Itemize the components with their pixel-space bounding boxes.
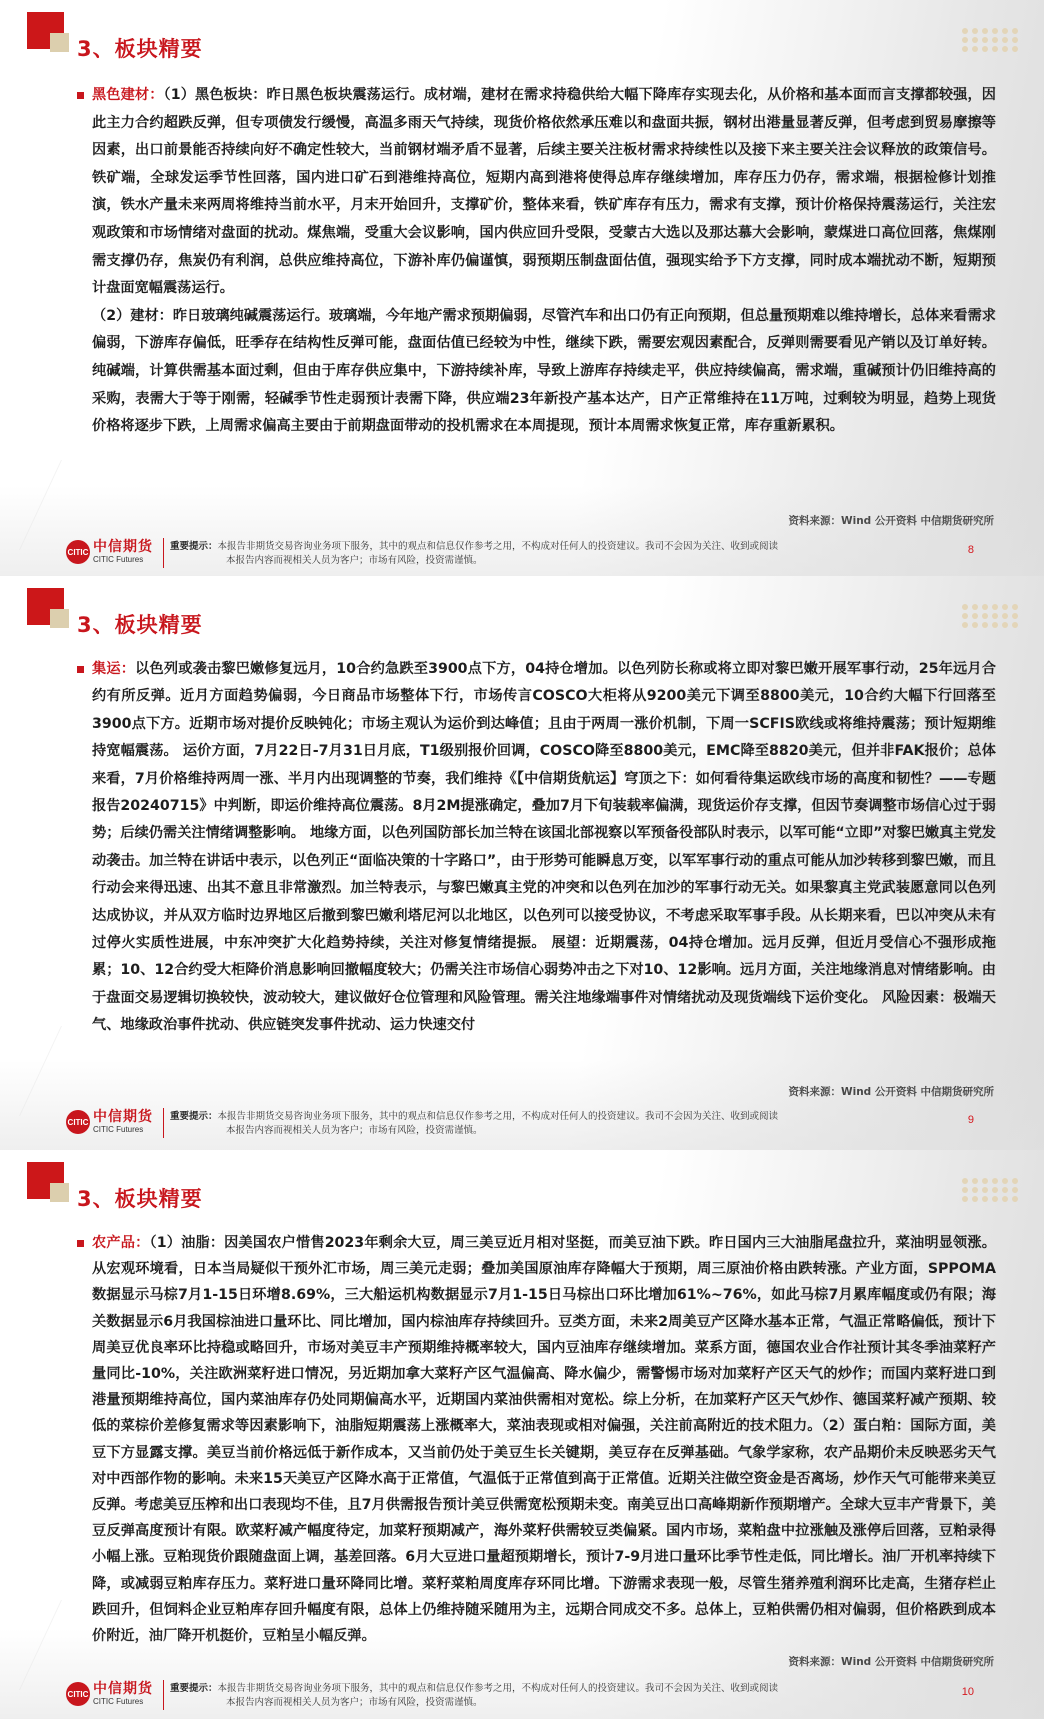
slide-title: 3、板块精要 bbox=[77, 33, 203, 63]
corner-beige-square-decoration bbox=[50, 33, 69, 52]
slide-footer: CITIC 中信期货 CITIC Futures 重要提示：本报告非期货交易咨询… bbox=[66, 1108, 1004, 1148]
page-number: 8 bbox=[968, 544, 974, 556]
paragraph-text: 以色列或袭击黎巴嫩修复远月，10合约急跌至3900点下方，04持仓增加。以色列防… bbox=[92, 661, 996, 1033]
logo-chinese-name: 中信期货 bbox=[93, 1682, 153, 1696]
slide-title: 3、板块精要 bbox=[77, 609, 203, 639]
section-label: 集运 bbox=[92, 661, 121, 677]
paragraph: （2）建材：昨日玻璃纯碱震荡运行。玻璃端，今年地产需求预期偏弱，尽管汽车和出口仍… bbox=[92, 303, 996, 441]
data-source-note: 资料来源：Wind 公开资料 中信期货研究所 bbox=[789, 1084, 994, 1099]
disclaimer-label: 重要提示： bbox=[170, 1683, 218, 1694]
section-label: 农产品 bbox=[92, 1235, 135, 1251]
dot-grid-decoration-icon bbox=[962, 28, 1018, 54]
dot-grid-decoration-icon bbox=[962, 604, 1018, 630]
disclaimer: 重要提示：本报告非期货交易咨询业务项下服务，其中的观点和信息仅作参考之用，不构成… bbox=[170, 1110, 778, 1138]
slide-footer: CITIC 中信期货 CITIC Futures 重要提示：本报告非期货交易咨询… bbox=[66, 1680, 1004, 1719]
slide-footer: CITIC 中信期货 CITIC Futures 重要提示：本报告非期货交易咨询… bbox=[66, 538, 1004, 576]
square-bullet-icon bbox=[77, 92, 84, 99]
page-number: 10 bbox=[962, 1686, 974, 1698]
watermark-decoration bbox=[19, 1600, 181, 1690]
section-body: 农产品：（1）油脂：因美国农户惜售2023年剩余大豆，周三美豆近月相对坚挺，而美… bbox=[92, 1230, 996, 1649]
watermark-decoration bbox=[19, 1026, 181, 1116]
logo-english-name: CITIC Futures bbox=[93, 1698, 153, 1706]
section-body: 集运：以色列或袭击黎巴嫩修复远月，10合约急跌至3900点下方，04持仓增加。以… bbox=[92, 656, 996, 1040]
footer-divider bbox=[163, 1680, 164, 1710]
corner-beige-square-decoration bbox=[50, 1183, 69, 1202]
square-bullet-icon bbox=[77, 666, 84, 673]
footer-divider bbox=[163, 538, 164, 568]
logo-english-name: CITIC Futures bbox=[93, 1126, 153, 1134]
slide-title: 3、板块精要 bbox=[77, 1183, 203, 1213]
paragraph-text: （1）油脂：因美国农户惜售2023年剩余大豆，周三美豆近月相对坚挺，而美豆油下跌… bbox=[92, 1235, 996, 1644]
citic-logo-icon: CITIC bbox=[66, 1682, 90, 1706]
citic-futures-logo: CITIC 中信期货 CITIC Futures bbox=[66, 1110, 153, 1134]
slide-page-10: 3、板块精要 农产品：（1）油脂：因美国农户惜售2023年剩余大豆，周三美豆近月… bbox=[0, 1150, 1044, 1719]
citic-futures-logo: CITIC 中信期货 CITIC Futures bbox=[66, 1682, 153, 1706]
section-label: 黑色建材 bbox=[92, 87, 149, 103]
citic-logo-icon: CITIC bbox=[66, 1110, 90, 1134]
footer-divider bbox=[163, 1108, 164, 1138]
logo-chinese-name: 中信期货 bbox=[93, 540, 153, 554]
paragraph: 集运：以色列或袭击黎巴嫩修复远月，10合约急跌至3900点下方，04持仓增加。以… bbox=[92, 656, 996, 1040]
paragraph-text: （1）黑色板块：昨日黑色板块震荡运行。成材端，建材在需求持稳供给大幅下降库存实现… bbox=[92, 87, 996, 296]
disclaimer-label: 重要提示： bbox=[170, 541, 218, 552]
watermark-decoration bbox=[19, 460, 181, 550]
data-source-note: 资料来源：Wind 公开资料 中信期货研究所 bbox=[789, 1654, 994, 1669]
disclaimer: 重要提示：本报告非期货交易咨询业务项下服务，其中的观点和信息仅作参考之用，不构成… bbox=[170, 540, 778, 568]
disclaimer-label: 重要提示： bbox=[170, 1111, 218, 1122]
logo-english-name: CITIC Futures bbox=[93, 556, 153, 564]
slide-page-9: 3、板块精要 集运：以色列或袭击黎巴嫩修复远月，10合约急跌至3900点下方，0… bbox=[0, 576, 1044, 1150]
paragraph: 农产品：（1）油脂：因美国农户惜售2023年剩余大豆，周三美豆近月相对坚挺，而美… bbox=[92, 1230, 996, 1649]
page-number: 9 bbox=[968, 1114, 974, 1126]
paragraph: 黑色建材：（1）黑色板块：昨日黑色板块震荡运行。成材端，建材在需求持稳供给大幅下… bbox=[92, 82, 996, 303]
dot-grid-decoration-icon bbox=[962, 1178, 1018, 1204]
square-bullet-icon bbox=[77, 1240, 84, 1247]
slide-page-8: 3、板块精要 黑色建材：（1）黑色板块：昨日黑色板块震荡运行。成材端，建材在需求… bbox=[0, 0, 1044, 576]
citic-futures-logo: CITIC 中信期货 CITIC Futures bbox=[66, 540, 153, 564]
section-body: 黑色建材：（1）黑色板块：昨日黑色板块震荡运行。成材端，建材在需求持稳供给大幅下… bbox=[92, 82, 996, 441]
disclaimer: 重要提示：本报告非期货交易咨询业务项下服务，其中的观点和信息仅作参考之用，不构成… bbox=[170, 1682, 778, 1710]
corner-beige-square-decoration bbox=[50, 609, 69, 628]
citic-logo-icon: CITIC bbox=[66, 540, 90, 564]
data-source-note: 资料来源：Wind 公开资料 中信期货研究所 bbox=[789, 513, 994, 528]
logo-chinese-name: 中信期货 bbox=[93, 1110, 153, 1124]
